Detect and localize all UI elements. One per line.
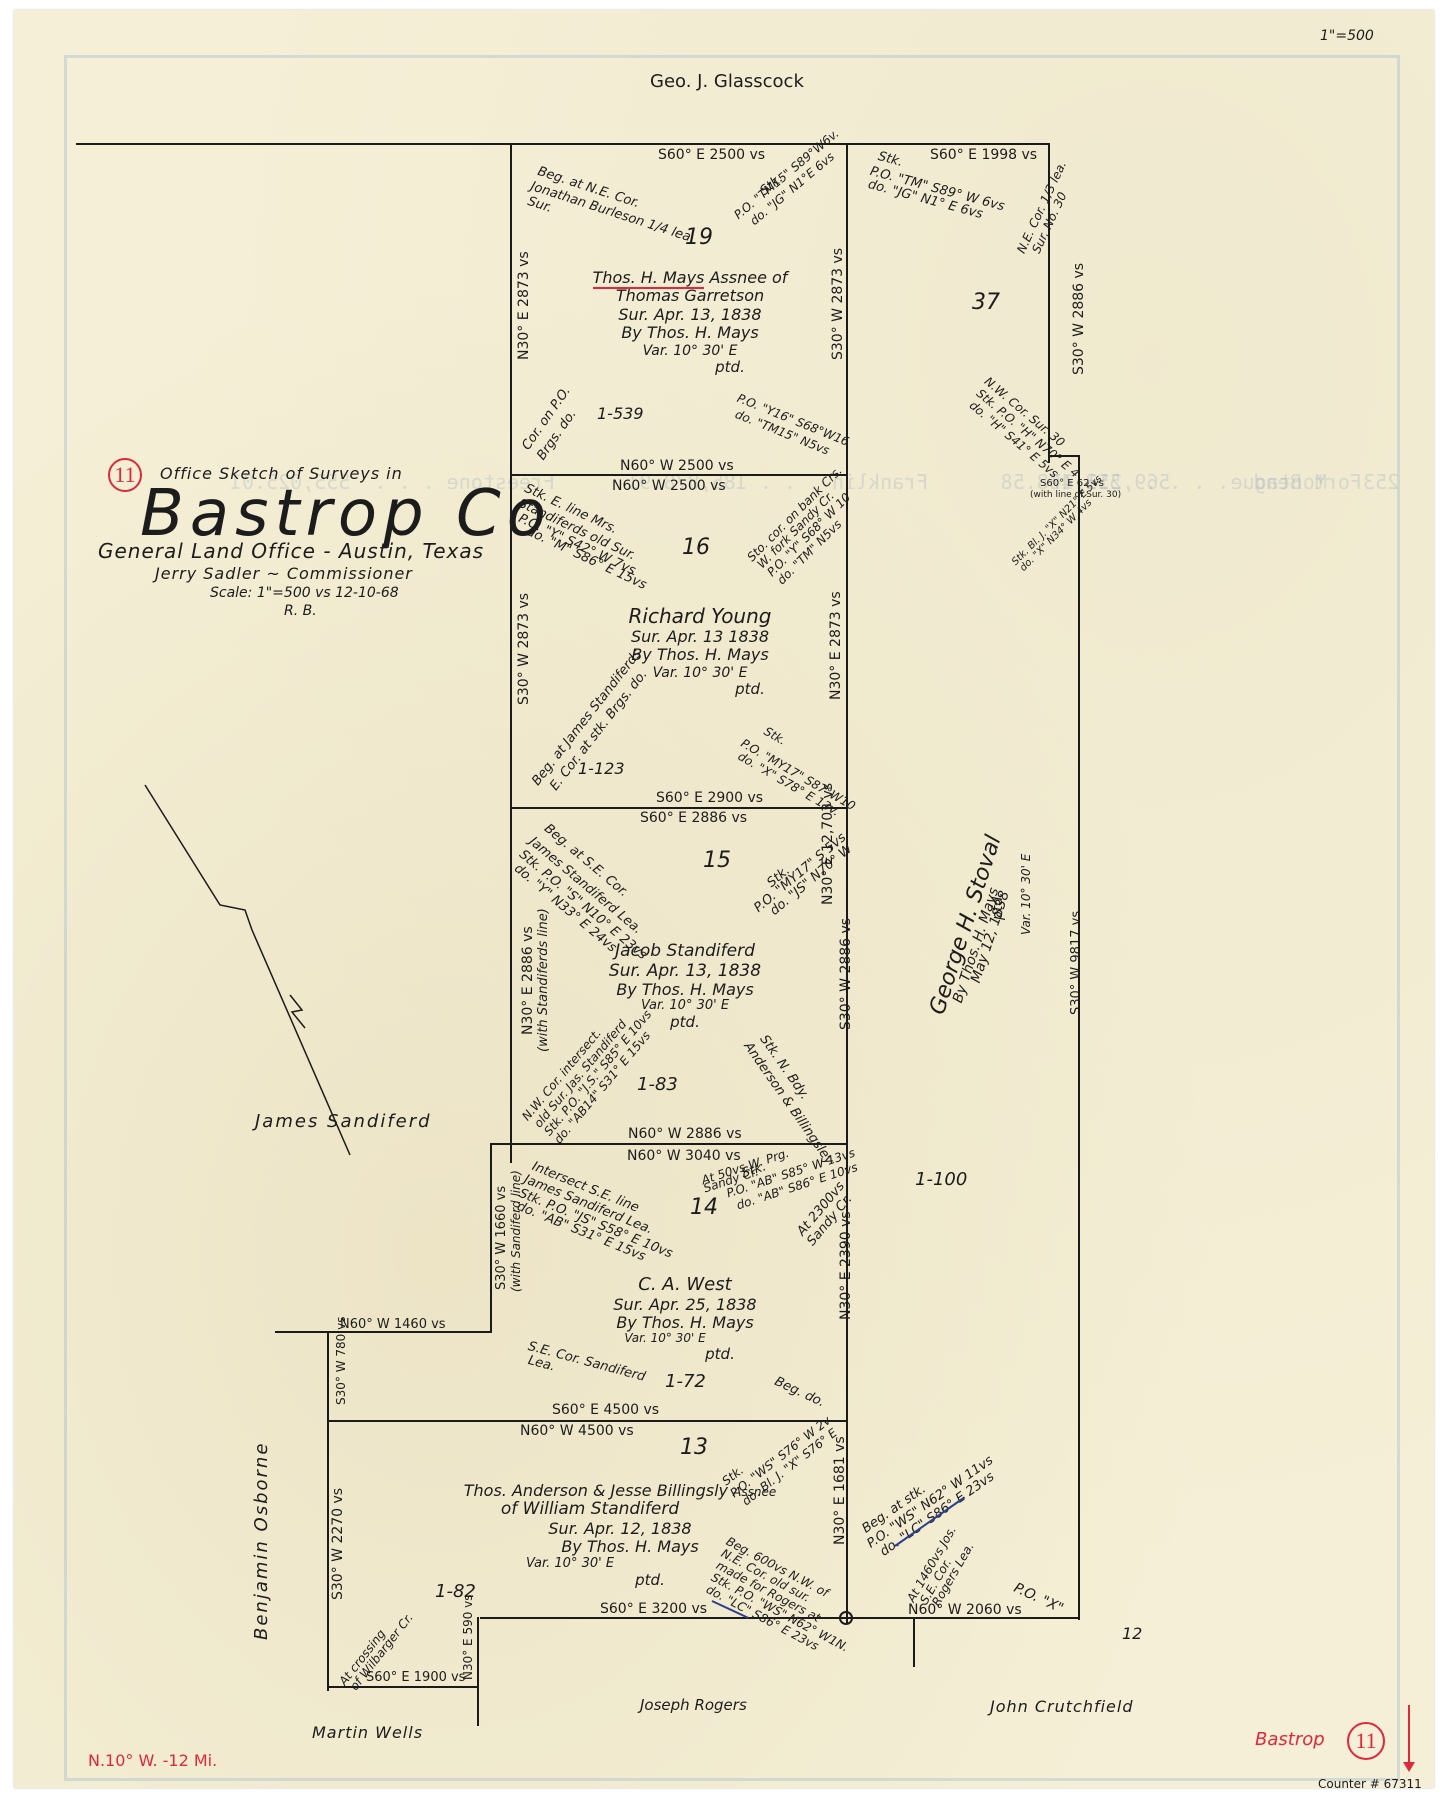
s13-call-east: N30° E 1681 vs <box>832 1436 848 1545</box>
s15-grantee: Jacob Standiferd <box>595 942 775 962</box>
line-12-west <box>913 1617 915 1667</box>
stoval-abstract: 1-100 <box>915 1170 967 1191</box>
s19-original: Thomas Garretson <box>560 287 820 305</box>
s15-call-west-note: (with Standiferds line) <box>537 908 552 1052</box>
s14-call-west-note: (with Sandiferd line) <box>510 1170 524 1292</box>
corner-monument-icon <box>839 1611 853 1625</box>
s16-number: 16 <box>682 535 710 560</box>
s14-call-east: N30° E 2390 vs <box>838 1211 854 1320</box>
s15-abstract: 1-83 <box>637 1075 678 1096</box>
s37-number: 37 <box>972 290 1000 315</box>
s14-ptd: ptd. <box>630 1346 810 1363</box>
s15-call-east: S30° W 2886 vs <box>838 918 854 1030</box>
s13-original: of William Standiferd <box>400 1500 780 1520</box>
s15-call-north: S60° E 2886 vs <box>640 810 747 826</box>
arrow-down-head-icon <box>1403 1762 1415 1772</box>
s14-grantee: C. A. West <box>595 1275 775 1296</box>
stoval-var: Var. 10° 30' E <box>1020 854 1034 935</box>
adjoiner-joseph-rogers: Joseph Rogers <box>640 1697 747 1714</box>
sheet-number-circle-bottom: 11 <box>1347 1722 1385 1760</box>
s13-call-north: N60° W 4500 vs <box>520 1423 634 1439</box>
s15-var: Var. 10° 30' E <box>595 999 775 1014</box>
s12-number: 12 <box>1122 1625 1142 1643</box>
s19-ptd: ptd. <box>600 359 860 376</box>
s14-number: 14 <box>690 1195 718 1220</box>
s14-call-west-lower: S30° W 780 vs <box>335 1317 349 1405</box>
line-13-west <box>327 1331 329 1691</box>
s37-call-north: S60° E 1998 vs <box>930 147 1037 163</box>
s16-ptd: ptd. <box>640 681 860 698</box>
adjoiner-martin-wells: Martin Wells <box>312 1724 423 1742</box>
s16-date: Sur. Apr. 13 1838 <box>590 628 810 646</box>
s19-label-block: Thos. H. Mays Assnee of Thomas Garretson… <box>560 268 820 376</box>
boundary-stoval-east <box>1078 455 1080 1620</box>
s15-call-west: N30° E 2886 vs <box>520 926 536 1035</box>
title-scale: Scale: 1"=500 vs 12-10-68 <box>210 585 399 601</box>
stoval-call-east: S30° W 9817 vs <box>1070 911 1085 1015</box>
s16-call-north-above: N60° W 2500 vs <box>620 458 734 474</box>
line-14-13 <box>327 1420 848 1422</box>
s14-by: By Thos. H. Mays <box>595 1314 775 1332</box>
s15-label-block: Jacob Standiferd Sur. Apr. 13, 1838 By T… <box>595 942 775 1032</box>
s19-call-west: N30° E 2873 vs <box>516 251 532 360</box>
stoval-call-south: N60° W 2060 vs <box>908 1602 1022 1618</box>
s13-call-west: S30° W 2270 vs <box>330 1488 346 1600</box>
s19-call-north: S60° E 2500 vs <box>658 147 765 163</box>
s19-by: By Thos. H. Mays <box>560 324 820 342</box>
north-direction-note: N.10° W. -12 Mi. <box>88 1752 217 1770</box>
s16-abstract: 1-123 <box>578 760 625 778</box>
s13-call-inner: N30° E 590 vs <box>462 1594 476 1680</box>
s14-call-north: N60° W 3040 vs <box>627 1148 741 1164</box>
s19-call-east: S30° W 2873 vs <box>830 248 846 360</box>
s16-call-west: S30° W 2873 vs <box>516 593 532 705</box>
s15-call-south: N60° W 2886 vs <box>628 1126 742 1142</box>
s19-var: Var. 10° 30' E <box>560 343 820 359</box>
s15-by: By Thos. H. Mays <box>595 981 775 999</box>
stoval-ptd: ptd. <box>990 892 1006 920</box>
s37-call-east: S30° W 2886 vs <box>1071 263 1087 375</box>
s14-call-west: S30° W 1660 vs <box>495 1186 510 1290</box>
s13-call-south: S60° E 3200 vs <box>600 1601 707 1617</box>
adjoiner-north: Geo. J. Glasscock <box>650 72 804 93</box>
line-13-tail <box>477 1686 479 1726</box>
s13-var: Var. 10° 30' E <box>380 1557 760 1572</box>
s16-call-east: N30° E 2873 vs <box>828 591 844 700</box>
s19-date: Sur. Apr. 13, 1838 <box>560 306 820 324</box>
scale-note: 1"=500 <box>1320 28 1374 44</box>
s16-grantee: Richard Young <box>590 605 810 628</box>
s13-number: 13 <box>680 1435 708 1460</box>
line-19-16 <box>510 474 848 476</box>
s13-grantee: Thos. Anderson & Jesse Billingsly Assnee <box>430 1482 810 1500</box>
boundary-column-left <box>510 143 512 1163</box>
s14-label-block: C. A. West Sur. Apr. 25, 1838 By Thos. H… <box>595 1275 775 1364</box>
s14-var: Var. 10° 30' E <box>575 1332 755 1346</box>
s14-date: Sur. Apr. 25, 1838 <box>595 1296 775 1314</box>
s19-number: 19 <box>685 225 713 250</box>
s14-call-south: S60° E 4500 vs <box>552 1402 659 1418</box>
arrow-down-icon <box>1408 1705 1410 1770</box>
sandiferd-boundary-line <box>140 780 360 1160</box>
line-14-west <box>490 1143 492 1331</box>
s15-call-east-outer: N30° E 12,703 vs <box>820 783 836 905</box>
s15-number: 15 <box>703 848 731 873</box>
s19-grantee: Thos. H. Mays Assnee of <box>593 269 788 287</box>
s16-call-north: N60° W 2500 vs <box>612 478 726 494</box>
s15-date: Sur. Apr. 13, 1838 <box>595 962 775 982</box>
counter-number: Counter # 67311 <box>1318 1778 1422 1792</box>
title-initials: R. B. <box>284 603 317 619</box>
county-label-red: Bastrop <box>1255 1730 1325 1751</box>
adjoiner-john-crutchfield: John Crutchfield <box>990 1698 1134 1716</box>
s16-call-south: S60° E 2900 vs <box>656 790 763 806</box>
title-commissioner: Jerry Sadler ~ Commissioner <box>155 565 413 583</box>
s13-call-southwest: S60° E 1900 vs <box>366 1671 465 1686</box>
line-15-14 <box>490 1143 848 1145</box>
title-gl-office: General Land Office - Austin, Texas <box>98 540 484 563</box>
s13-date: Sur. Apr. 12, 1838 <box>430 1520 810 1538</box>
adjoiner-james-sandiferd: James Sandiferd <box>255 1112 432 1133</box>
s14-call-southwest: N60° W 1460 vs <box>340 1318 446 1333</box>
sheet-number-circle: 11 <box>108 458 142 492</box>
adjoiner-benjamin-osborne: Benjamin Osborne <box>252 1442 273 1640</box>
boundary-top <box>76 143 1048 145</box>
s19-abstract: 1-539 <box>597 405 644 423</box>
s14-abstract: 1-72 <box>665 1372 706 1393</box>
line-16-15 <box>510 807 848 809</box>
